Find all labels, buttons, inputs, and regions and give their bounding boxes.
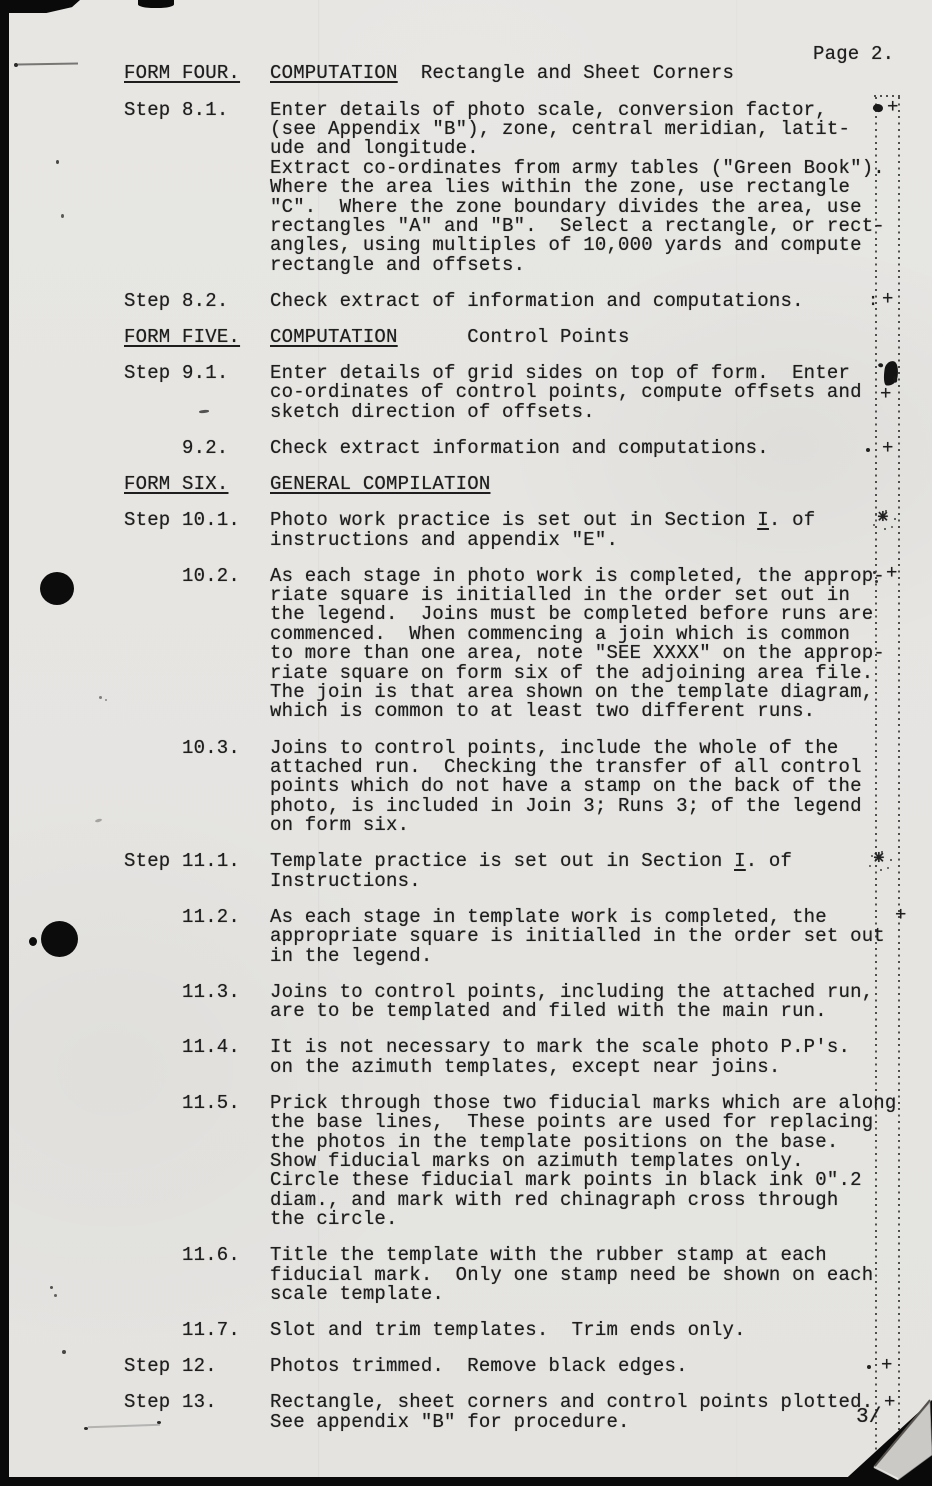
margin-dot-mark: [875, 580, 878, 583]
step-row: 9.2.Check extract information and comput…: [124, 439, 932, 458]
step-label: FORM SIX.: [124, 475, 270, 494]
step-body: COMPUTATION Rectangle and Sheet Corners: [270, 64, 734, 83]
margin-dot-mark: [866, 448, 870, 452]
step-row: 11.6.Title the template with the rubber …: [124, 1246, 932, 1304]
document-content: Page 2. FORM FOUR.COMPUTATION Rectangle …: [0, 0, 932, 1486]
body-line: rectangle and offsets.: [270, 256, 885, 275]
step-label: 10.3.: [124, 739, 270, 836]
scanned-document-page: Page 2. FORM FOUR.COMPUTATION Rectangle …: [0, 0, 932, 1486]
step-label: 11.6.: [124, 1246, 270, 1304]
step-row: Step 11.1.Template practice is set out i…: [124, 852, 932, 891]
step-row: Step 8.1.Enter details of photo scale, c…: [124, 101, 932, 276]
step-label: FORM FIVE.: [124, 328, 270, 347]
form-heading-row: FORM FIVE.COMPUTATION Control Points: [124, 328, 932, 347]
margin-plus-mark: +: [882, 439, 894, 458]
step-body: COMPUTATION Control Points: [270, 328, 630, 347]
corner-fold: [770, 1355, 932, 1486]
step-body: Photo work practice is set out in Sectio…: [270, 511, 815, 550]
margin-plus-mark: +: [880, 385, 892, 404]
margin-plus-mark: +: [886, 564, 898, 583]
body-line: Check extract of information and computa…: [270, 292, 804, 311]
step-body: Prick through those two fiducial marks w…: [270, 1094, 897, 1230]
step-label: FORM FOUR.: [124, 64, 270, 83]
body-line: COMPUTATION Rectangle and Sheet Corners: [270, 64, 734, 83]
body-line: Check extract information and computatio…: [270, 439, 769, 458]
step-row: 11.7.Slot and trim templates. Trim ends …: [124, 1321, 932, 1340]
step-body: Enter details of photo scale, conversion…: [270, 101, 885, 276]
body-line: Photos trimmed. Remove black edges.: [270, 1357, 688, 1376]
margin-plus-mark: +: [895, 906, 907, 925]
step-row: 11.4.It is not necessary to mark the sca…: [124, 1038, 932, 1077]
step-label: 9.2.: [124, 439, 270, 458]
body-line: instructions and appendix "E".: [270, 531, 815, 550]
margin-colon-mark: :: [868, 293, 878, 310]
margin-dot-mark: [873, 571, 876, 574]
registration-burst-mark: +×: [872, 508, 894, 530]
step-label: 11.5.: [124, 1094, 270, 1230]
step-label: 11.7.: [124, 1321, 270, 1340]
step-label: 11.3.: [124, 983, 270, 1022]
body-line: in the legend.: [270, 947, 885, 966]
step-body: Title the template with the rubber stamp…: [270, 1246, 873, 1304]
form-heading-row: FORM SIX.GENERAL COMPILATION: [124, 475, 932, 494]
body-line: COMPUTATION Control Points: [270, 328, 630, 347]
step-label: Step 9.1.: [124, 364, 270, 422]
step-body: It is not necessary to mark the scale ph…: [270, 1038, 850, 1077]
step-label: Step 10.1.: [124, 511, 270, 550]
margin-plus-mark: +: [882, 290, 894, 309]
step-row: 11.2.As each stage in template work is c…: [124, 908, 932, 966]
step-body: Joins to control points, including the a…: [270, 983, 873, 1022]
step-label: 10.2.: [124, 567, 270, 722]
step-body: As each stage in template work is comple…: [270, 908, 885, 966]
body-line: Slot and trim templates. Trim ends only.: [270, 1321, 746, 1340]
step-label: Step 11.1.: [124, 852, 270, 891]
step-row: Step 10.1.Photo work practice is set out…: [124, 511, 932, 550]
step-body: Check extract information and computatio…: [270, 439, 769, 458]
step-body: Enter details of grid sides on top of fo…: [270, 364, 862, 422]
registration-burst-mark: +×: [868, 849, 890, 871]
form-heading-row: FORM FOUR.COMPUTATION Rectangle and Shee…: [124, 64, 932, 83]
step-label: Step 8.2.: [124, 292, 270, 311]
step-body: Joins to control points, include the who…: [270, 739, 862, 836]
step-body: Photos trimmed. Remove black edges.: [270, 1357, 688, 1376]
body-line: on form six.: [270, 816, 862, 835]
step-body: Template practice is set out in Section …: [270, 852, 792, 891]
step-body: Check extract of information and computa…: [270, 292, 804, 311]
margin-plus-mark: +: [887, 98, 899, 117]
step-row: Step 8.2.Check extract of information an…: [124, 292, 932, 311]
step-label: 11.4.: [124, 1038, 270, 1077]
step-body: GENERAL COMPILATION: [270, 475, 490, 494]
step-label: Step 12.: [124, 1357, 270, 1376]
step-body: Slot and trim templates. Trim ends only.: [270, 1321, 746, 1340]
body-line: sketch direction of offsets.: [270, 403, 862, 422]
step-row: Step 9.1.Enter details of grid sides on …: [124, 364, 932, 422]
document-rows: FORM FOUR.COMPUTATION Rectangle and Shee…: [124, 64, 932, 1432]
step-row: 11.5.Prick through those two fiducial ma…: [124, 1094, 932, 1230]
body-line: Instructions.: [270, 872, 792, 891]
step-label: 11.2.: [124, 908, 270, 966]
step-row: 10.2.As each stage in photo work is comp…: [124, 567, 932, 722]
body-line: on the azimuth templates, except near jo…: [270, 1058, 850, 1077]
step-row: 10.3.Joins to control points, include th…: [124, 739, 932, 836]
body-line: are to be templated and filed with the m…: [270, 1002, 873, 1021]
step-label: Step 13.: [124, 1393, 270, 1432]
body-line: the circle.: [270, 1210, 897, 1229]
body-line: GENERAL COMPILATION: [270, 475, 490, 494]
body-line: which is common to at least two differen…: [270, 702, 885, 721]
step-label: Step 8.1.: [124, 101, 270, 276]
step-row: 11.3.Joins to control points, including …: [124, 983, 932, 1022]
body-line: scale template.: [270, 1285, 873, 1304]
step-body: As each stage in photo work is completed…: [270, 567, 885, 722]
